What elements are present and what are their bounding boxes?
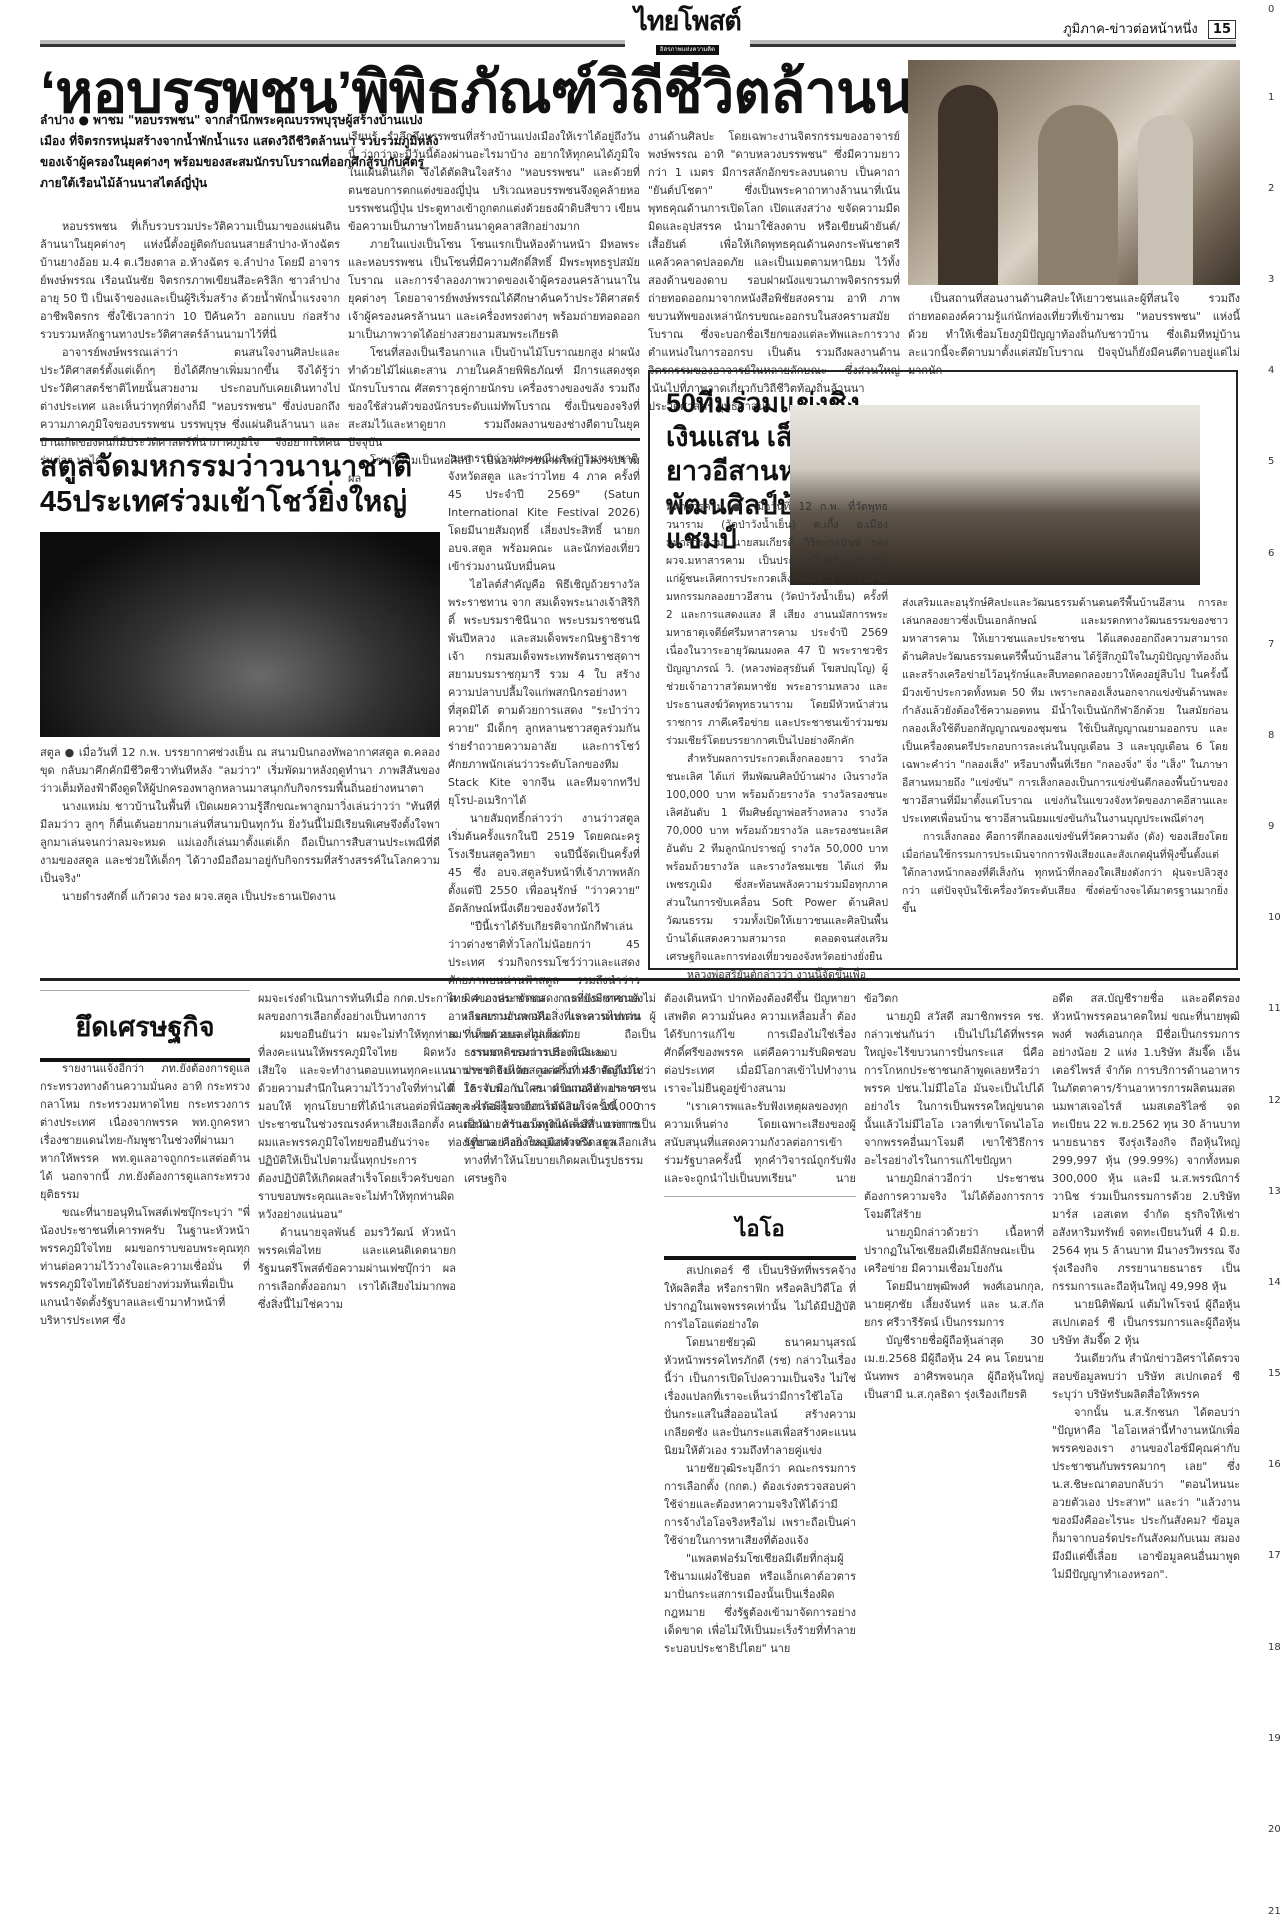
paragraph: "เราเคารพและรับฟังเหตุผลของทุกความเห็นต่… [664, 1098, 856, 1190]
divider [40, 978, 1240, 981]
paragraph: นายดำรงศักดิ์ แก้วดวง รอง ผวจ.สตูล เป็นป… [40, 888, 440, 906]
economy-col3: ผิดของประชาชน การที่ประชาชนยังไม่เลือกเร… [464, 990, 656, 1910]
mannequin-figure [1138, 115, 1193, 285]
divider [664, 1256, 856, 1260]
economy-col4: ต้องเดินหน้า ปากท้องต้องดีขึ้น ปัญหายาเส… [664, 990, 856, 1190]
artist-figure [1038, 105, 1118, 285]
paragraph: นายภูมิกล่าวด้วยว่า เนื้อหาที่ปรากฏในโซเ… [864, 1224, 1044, 1278]
economy-col1: รายงานแจ้งอีกว่า ภท.ยังต้องการดูแลกระทรว… [40, 1060, 250, 1910]
photo-kite-festival [40, 532, 440, 737]
ruler-mark: 21 [1268, 1906, 1281, 1917]
paragraph: ส่งเสริมและอนุรักษ์ศิลปะและวัฒนธรรมด้านด… [902, 594, 1228, 828]
ruler-mark: 2 [1268, 183, 1274, 194]
photo-caption: เป็นสถานที่สอนงานด้านศิลปะให้เยาวชนและผู… [908, 290, 1240, 380]
paragraph: บัญชีรายชื่อผู้ถือหุ้นล่าสุด 30 เม.ย.256… [864, 1332, 1044, 1404]
paragraph: ภายในแบ่งเป็นโซน โซนแรกเป็นห้องด้านหน้า … [348, 236, 640, 344]
ruler-mark: 4 [1268, 365, 1274, 376]
ruler-mark: 15 [1268, 1368, 1281, 1379]
paragraph: นายภูมิกล่าวอีกว่า ประชาชนต้องการความจริ… [864, 1170, 1044, 1224]
paragraph: การเส็งกลอง คือการตีกลองแข่งขันที่วัดควา… [902, 828, 1228, 918]
page-ruler: 0 1 2 3 4 5 6 7 8 9 10 11 12 13 14 15 16… [1262, 0, 1286, 1920]
economy-col6: อดีต สส.บัญชีรายชื่อ และอดีตรองหัวหน้าพร… [1052, 990, 1240, 1910]
economy-col2: ผมจะเร่งดำเนินการทันทีเมื่อ กกต.ประกาศผล… [258, 990, 456, 1910]
paragraph: ผมขอยืนยันว่า ผมจะไม่ทำให้ทุกท่านที่ลงคะ… [258, 1026, 456, 1170]
paragraph: เรียนรู้ รำลึกถึงบรรพชนที่สร้างบ้านแปงเม… [348, 128, 640, 236]
paragraph: นายชัยวุฒิระบุอีกว่า คณะกรรมการการเลือกต… [664, 1460, 856, 1550]
paragraph: นายนิติพัฒน์ แต้มไพโรจน์ ผู้ถือหุ้นสเปกเ… [1052, 1296, 1240, 1350]
paragraph: โดยมีนายพุฒิพงศ์ พงศ์เอนกกุล, นายศุภชัย … [864, 1278, 1044, 1332]
column-title-economy: ยึดเศรษฐกิจ [40, 990, 250, 1062]
paragraph: ด้านนายจุลพันธ์ อมรวิวัฒน์ หัวหน้าพรรคเพ… [258, 1224, 456, 1314]
paragraph: ไฮไลต์สำคัญคือ พิธีเชิญถ้วยรางวัลพระราชท… [448, 576, 640, 810]
ruler-mark: 11 [1268, 1003, 1281, 1014]
column-title-text: ไอโอ [664, 1211, 856, 1246]
paragraph: สตูล ● เมื่อวันที่ 12 ก.พ. บรรยากาศช่วงเ… [40, 744, 440, 798]
ruler-mark: 16 [1268, 1459, 1281, 1470]
paragraph: สเปกเตอร์ ซี เป็นบริษัทที่พรรคจ้างให้ผลิ… [664, 1262, 856, 1334]
page-number: 15 [1208, 20, 1236, 39]
ruler-mark: 7 [1268, 639, 1274, 650]
logo-tagline: อิสรภาพแห่งความคิด [656, 45, 719, 55]
masthead: ไทยโพสต์ อิสรภาพแห่งความคิด ภูมิภาค-ข่าว… [40, 0, 1236, 48]
headline-satun-kite: สตูลจัดมหกรรมว่าวนานาชาติ 45ประเทศร่วมเข… [40, 450, 440, 520]
ruler-mark: 19 [1268, 1733, 1281, 1744]
paragraph: ผมจะเร่งดำเนินการทันทีเมื่อ กกต.ประกาศผล… [258, 990, 456, 1026]
story2-col1: มหาสารคาม ● เมื่อวันที่ 12 ก.พ. ที่วัดพุ… [666, 498, 888, 984]
paragraph: นายภูมิ สวัสดี สมาชิกพรรค รช. กล่าวเช่นก… [864, 1008, 1044, 1170]
paragraph: วันเดียวกัน สำนักข่าวอิศราได้ตรวจสอบข้อม… [1052, 1350, 1240, 1404]
logo-text: ไทยโพสต์ [625, 6, 750, 36]
section-name: ภูมิภาค-ข่าวต่อหน้าหนึ่ง [1063, 22, 1198, 37]
story3-col1: สตูล ● เมื่อวันที่ 12 ก.พ. บรรยากาศช่วงเ… [40, 744, 440, 906]
paragraph: อดีต สส.บัญชีรายชื่อ และอดีตรองหัวหน้าพร… [1052, 990, 1240, 1296]
ruler-mark: 3 [1268, 274, 1274, 285]
paragraph: หลวงพ่อสุริยันต์กล่าวว่า งานนี้จัดขึ้นเพ… [666, 966, 888, 984]
paragraph: รายงานแจ้งอีกว่า ภท.ยังต้องการดูแลกระทรว… [40, 1060, 250, 1204]
story1-col2: เรียนรู้ รำลึกถึงบรรพชนที่สร้างบ้านแปงเม… [348, 128, 640, 488]
column-title-text: ยึดเศรษฐกิจ [40, 1005, 250, 1048]
divider [40, 438, 640, 441]
paragraph: หอบรรพชน ที่เก็บรวบรวมประวัติความเป็นมาข… [40, 218, 340, 344]
paragraph: สำหรับผลการประกวดเส็งกลองยาว รางวัลชนะเล… [666, 750, 888, 966]
paragraph: มหาสารคาม ● เมื่อวันที่ 12 ก.พ. ที่วัดพุ… [666, 498, 888, 750]
ruler-mark: 10 [1268, 912, 1281, 923]
paragraph: โดยนายชัยวุฒิ ธนาคมานุสรณ์ หัวหน้าพรรคไท… [664, 1334, 856, 1460]
ruler-mark: 18 [1268, 1642, 1281, 1653]
paragraph: จากนั้น น.ส.รักชนก ได้ตอบว่า "ปัญหาคือ ไ… [1052, 1404, 1240, 1584]
ruler-mark: 8 [1268, 730, 1274, 741]
paragraph: โซนที่สองเป็นเรือนกาแล เป็นบ้านไม้โบราณย… [348, 344, 640, 452]
ruler-mark: 0 [1268, 4, 1274, 15]
paragraph: นายสัมฤทธิ์กล่าวว่า งานว่าวสตูลเริ่มต้นค… [448, 810, 640, 918]
ruler-mark: 9 [1268, 821, 1274, 832]
ruler-mark: 14 [1268, 1277, 1281, 1288]
io-col1: สเปกเตอร์ ซี เป็นบริษัทที่พรรคจ้างให้ผลิ… [664, 1262, 856, 1912]
divider [40, 990, 250, 991]
paragraph: นางแหม่ม ชาวบ้านในพื้นที่ เปิดเผยความรู้… [40, 798, 440, 888]
paragraph: ต้องเดินหน้า ปากท้องต้องดีขึ้น ปัญหายาเส… [664, 990, 856, 1098]
story1-col1: หอบรรพชน ที่เก็บรวบรวมประวัติความเป็นมาข… [40, 218, 340, 470]
photo-museum-artist [908, 60, 1240, 285]
paragraph: "แพลตฟอร์มโซเชียลมีเดียที่กลุ่มผู้ใช้นาม… [664, 1550, 856, 1658]
ruler-mark: 1 [1268, 92, 1274, 103]
ruler-mark: 13 [1268, 1186, 1281, 1197]
paragraph: ข้อวิตก [864, 990, 1044, 1008]
mannequin-figure [938, 85, 998, 285]
paragraph: ผิดของประชาชน การที่ประชาชนยังไม่เลือกเร… [464, 990, 656, 1188]
divider [664, 1196, 856, 1197]
column-title-io: ไอโอ [664, 1196, 856, 1260]
economy-col5: ข้อวิตก นายภูมิ สวัสดี สมาชิกพรรค รช. กล… [864, 990, 1044, 1910]
paragraph: "มหกรรมว่าวประเพณีและว่าวนานาชาติ จังหวั… [448, 450, 640, 576]
ruler-mark: 12 [1268, 1095, 1281, 1106]
paragraph: ต้องปฏิบัติให้เกิดผลสำเร็จโดยเร็วครับขอก… [258, 1170, 456, 1224]
story2-col2: ส่งเสริมและอนุรักษ์ศิลปะและวัฒนธรรมด้านด… [902, 594, 1228, 918]
paragraph: ขณะที่นายอนุทินโพสต์เฟซบุ๊กระบุว่า "พี่น… [40, 1204, 250, 1330]
ruler-mark: 5 [1268, 456, 1274, 467]
ruler-mark: 6 [1268, 548, 1274, 559]
story1-col4: เป็นสถานที่สอนงานด้านศิลปะให้เยาวชนและผู… [908, 290, 1240, 380]
ruler-mark: 17 [1268, 1550, 1281, 1561]
newspaper-logo: ไทยโพสต์ อิสรภาพแห่งความคิด [625, 6, 750, 50]
ruler-mark: 20 [1268, 1824, 1281, 1835]
section-label: ภูมิภาค-ข่าวต่อหน้าหนึ่ง 15 [1057, 18, 1236, 39]
